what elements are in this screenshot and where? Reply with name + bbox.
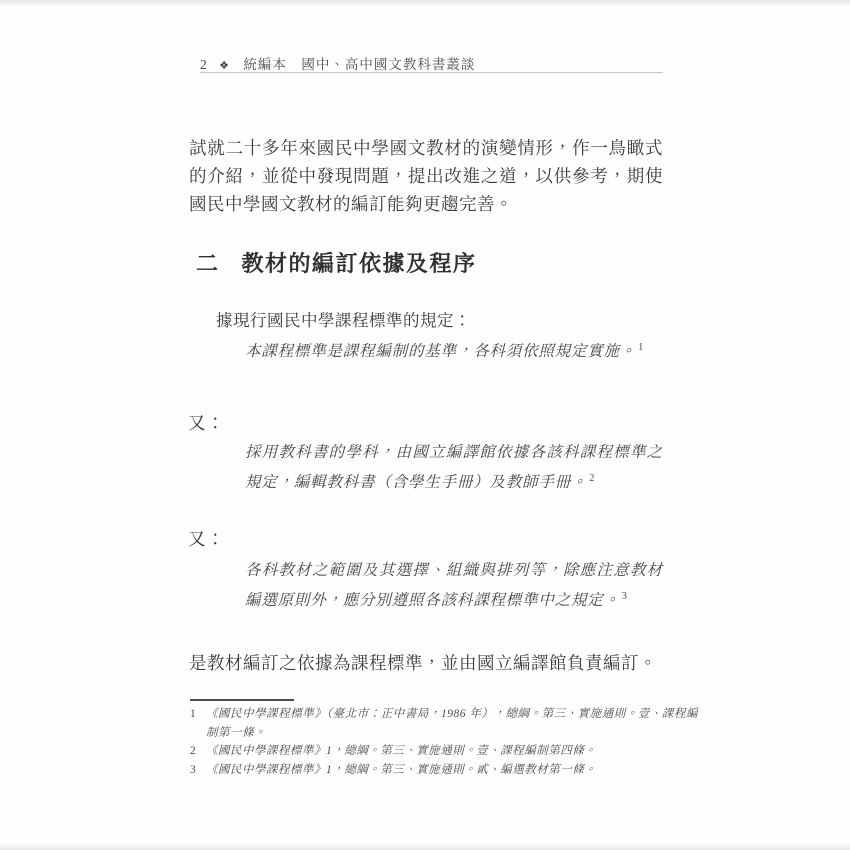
block-quote-3: 各科教材之範圍及其選擇、組織與排列等，除應注意教材編選原則外，應分別遵照各該科課… xyxy=(245,556,663,616)
footnote-item-1: 1 《國民中學課程標準》（臺北市：正中書局，1986 年），總綱。第三、實施通則… xyxy=(190,705,698,742)
intro-paragraph: 試就二十多年來國民中學國文教材的演變情形，作一鳥瞰式的介紹，並從中發現問題，提出… xyxy=(189,134,663,218)
footnote-text: 《國民中學課程標準》1，總綱。第三、實施通則。貳、編選教材第一條。 xyxy=(206,761,698,780)
footnote-ref-3: 3 xyxy=(622,591,628,602)
quote-1-text: 本課程標準是課程編制的基準，各科須依照規定實施。 xyxy=(245,343,636,360)
block-quote-2: 採用教科書的學科，由國立編譯館依據各該科課程標準之規定，編輯教科書（含學生手冊）… xyxy=(245,438,663,498)
footnote-number: 3 xyxy=(190,761,206,780)
lead-in-paragraph: 據現行國民中學課程標準的規定： xyxy=(216,307,471,331)
footnote-number: 1 xyxy=(190,705,206,724)
book-page: 2 ❖ 統編本 國中、高中國文教科書叢談 試就二十多年來國民中學國文教材的演變情… xyxy=(0,0,850,850)
footnotes-block: 1 《國民中學課程標準》（臺北市：正中書局，1986 年），總綱。第三、實施通則… xyxy=(190,705,698,779)
page-number: 2 xyxy=(200,57,208,72)
quote-2-text: 採用教科書的學科，由國立編譯館依據各該科課程標準之規定，編輯教科書（含學生手冊）… xyxy=(245,444,663,491)
quote-3-text: 各科教材之範圍及其選擇、組織與排列等，除應注意教材編選原則外，應分別遵照各該科課… xyxy=(245,562,663,609)
header-rule xyxy=(200,72,663,73)
running-header: 2 ❖ 統編本 國中、高中國文教科書叢談 xyxy=(200,53,475,73)
section-number: 二 xyxy=(196,247,220,278)
footnote-separator-rule xyxy=(190,699,294,701)
footnote-number: 2 xyxy=(190,742,206,761)
footnote-ref-1: 1 xyxy=(638,342,644,353)
footnote-item-3: 3 《國民中學課程標準》1，總綱。第三、實施通則。貳、編選教材第一條。 xyxy=(190,761,698,780)
closing-paragraph: 是教材編訂之依據為課程標準，並由國立編譯館負責編訂。 xyxy=(189,649,669,677)
footnote-item-2: 2 《國民中學課程標準》1，總綱。第三、實施通則。壹、課程編制第四條。 xyxy=(190,742,698,761)
running-header-book-title: 統編本 國中、高中國文教科書叢談 xyxy=(243,57,475,72)
connector-again-1: 又： xyxy=(188,410,225,435)
footnote-ref-2: 2 xyxy=(589,473,595,484)
section-title: 教材的編訂依據及程序 xyxy=(242,247,477,278)
scan-edge-bottom xyxy=(0,842,850,850)
diamond-separator-icon: ❖ xyxy=(219,60,230,72)
section-heading: 二 教材的編訂依據及程序 xyxy=(196,247,477,278)
connector-again-2: 又： xyxy=(188,526,225,551)
scan-edge-top xyxy=(0,0,850,7)
footnote-text: 《國民中學課程標準》（臺北市：正中書局，1986 年），總綱。第三、實施通則。壹… xyxy=(206,705,698,742)
block-quote-1: 本課程標準是課程編制的基準，各科須依照規定實施。1 xyxy=(245,337,663,367)
footnote-text: 《國民中學課程標準》1，總綱。第三、實施通則。壹、課程編制第四條。 xyxy=(206,742,698,761)
